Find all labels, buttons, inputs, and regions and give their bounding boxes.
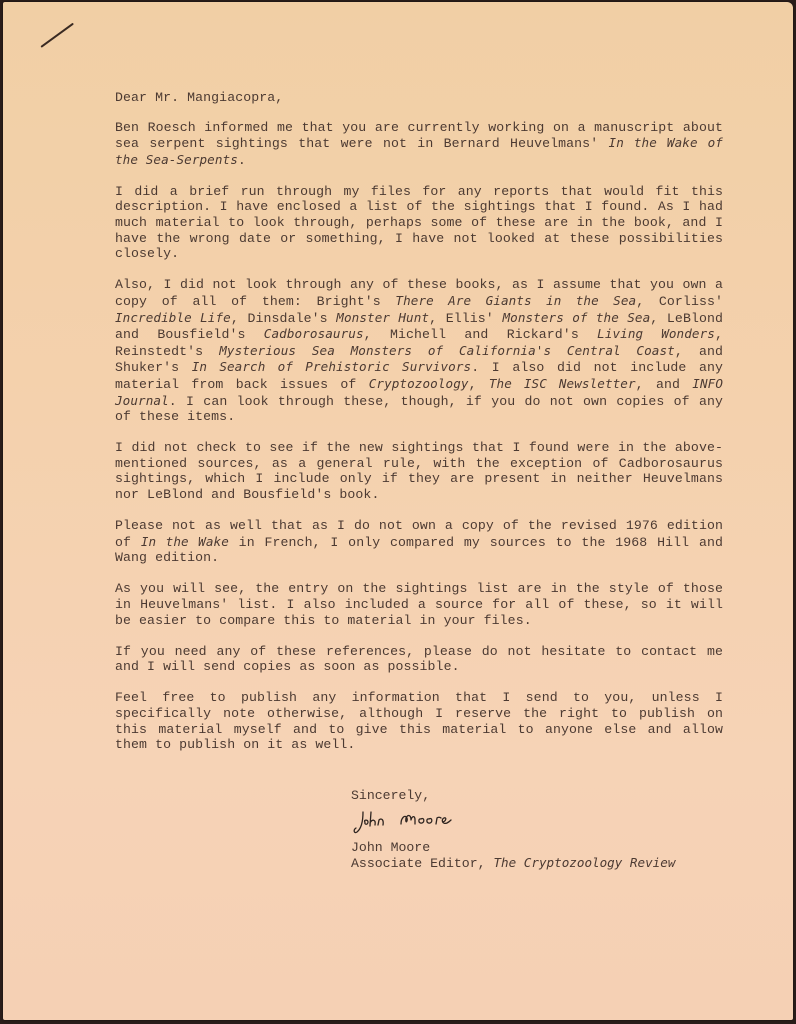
italic-title: Monsters of the Sea [502, 310, 650, 325]
text-run: , Michell and Rickard's [364, 327, 597, 342]
text-run: , Ellis' [429, 311, 502, 326]
italic-title: Cadborosaurus [264, 326, 364, 341]
signature-icon [351, 806, 471, 836]
text-run: , Corliss' [636, 294, 723, 309]
italic-title: There Are Giants in the Sea [395, 293, 636, 308]
text-run: Feel free to publish any information tha… [115, 690, 723, 752]
publication-name: The Cryptozoology Review [493, 855, 675, 870]
italic-title: In the Wake [141, 534, 229, 549]
signer-name: John Moore [351, 840, 675, 856]
salutation: Dear Mr. Mangiacopra, [115, 90, 723, 106]
italic-title: Monster Hunt [336, 310, 429, 325]
paragraph-1: Ben Roesch informed me that you are curr… [115, 120, 723, 169]
closing-block: Sincerely, John Moore Associa [351, 788, 675, 872]
italic-title: In Search of Prehistoric Survivors [192, 359, 471, 374]
signer-title-prefix: Associate Editor, [351, 856, 493, 871]
paragraph-6: As you will see, the entry on the sighti… [115, 581, 723, 628]
handwritten-signature [351, 806, 675, 836]
paragraph-3: Also, I did not look through any of thes… [115, 277, 723, 424]
letter-body: Dear Mr. Mangiacopra, Ben Roesch informe… [115, 90, 723, 768]
italic-title: Cryptozoology [369, 376, 469, 391]
italic-title: Living Wonders [597, 326, 715, 341]
paragraph-2: I did a brief run through my files for a… [115, 184, 723, 262]
pen-stroke-mark [40, 23, 74, 48]
paragraph-4: I did not check to see if the new sighti… [115, 440, 723, 502]
signer-title: Associate Editor, The Cryptozoology Revi… [351, 855, 675, 872]
italic-title: The ISC Newsletter [489, 376, 636, 391]
letter-page: Dear Mr. Mangiacopra, Ben Roesch informe… [3, 2, 793, 1020]
paragraphs: Ben Roesch informed me that you are curr… [115, 120, 723, 753]
text-run: I did not check to see if the new sighti… [115, 440, 723, 502]
text-run: . I can look through these, though, if y… [115, 394, 723, 425]
text-run: , [469, 377, 489, 392]
text-run: If you need any of these references, ple… [115, 644, 723, 675]
text-run: . [238, 153, 246, 168]
italic-title: Incredible Life [115, 310, 231, 325]
paragraph-8: Feel free to publish any information tha… [115, 690, 723, 752]
text-run: , Dinsdale's [231, 311, 336, 326]
paragraph-5: Please not as well that as I do not own … [115, 518, 723, 566]
text-run: I did a brief run through my files for a… [115, 184, 723, 261]
text-run: As you will see, the entry on the sighti… [115, 581, 723, 627]
valediction: Sincerely, [351, 788, 675, 804]
text-run: , and [636, 377, 693, 392]
italic-title: Mysterious Sea Monsters of California's … [219, 343, 675, 358]
paragraph-7: If you need any of these references, ple… [115, 644, 723, 675]
